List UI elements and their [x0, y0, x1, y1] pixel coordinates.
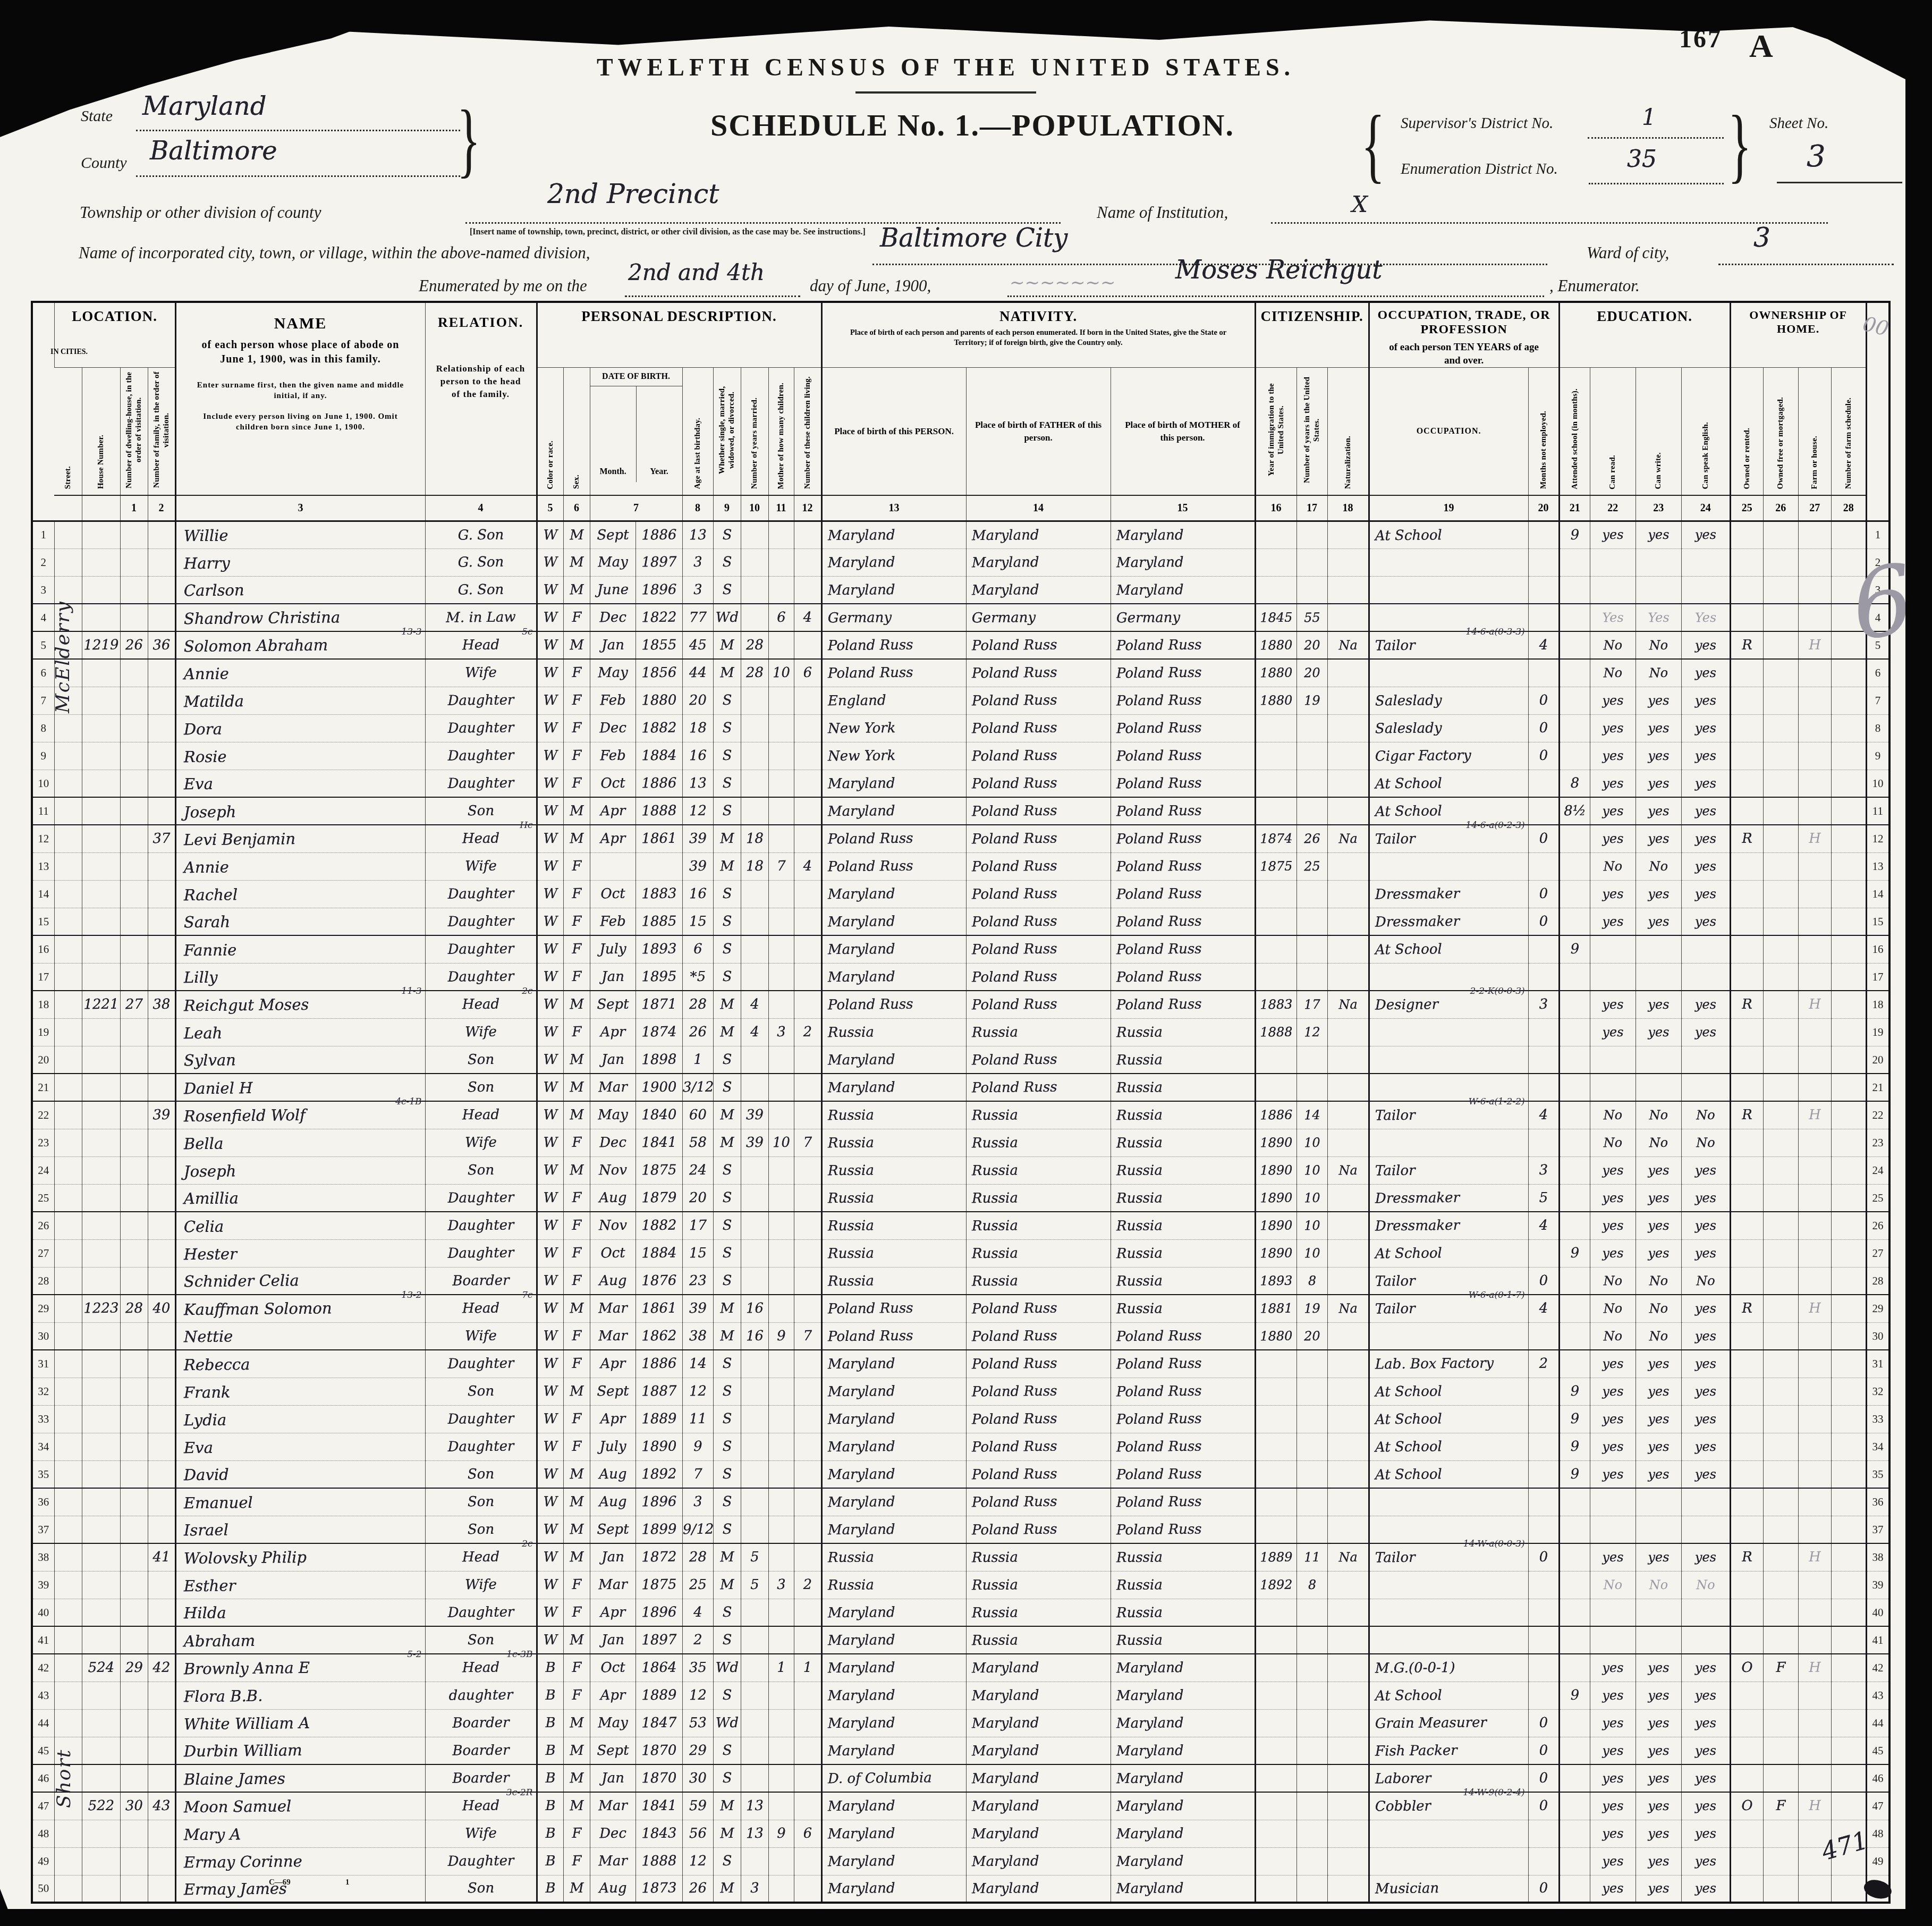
cell-street — [54, 1156, 82, 1184]
table-row: 14RachelDaughterWFOct188316SMarylandPola… — [32, 880, 1889, 908]
cell-wr: No — [1636, 631, 1681, 659]
cell-a: 53 — [682, 1709, 713, 1737]
cell-pb: Maryland — [821, 1737, 966, 1764]
cell-rel: Son — [425, 1074, 537, 1101]
cell-by: 1888 — [635, 1847, 682, 1875]
cell-oc: Dressmaker — [1369, 908, 1528, 935]
cell-pb: New York — [821, 742, 966, 770]
cell-mc — [768, 1875, 794, 1903]
table-row: 43Flora B.B.daughterBFApr188912SMaryland… — [32, 1682, 1889, 1709]
cell-f — [148, 714, 175, 742]
cell-en: yes — [1681, 1543, 1730, 1571]
enumerator-annotation: 14-W-9(0-2-4) — [1463, 1787, 1524, 1798]
cell-fr — [1763, 1018, 1798, 1046]
table-row: 20SylvanSonWMJan18981SMarylandPoland Rus… — [32, 1046, 1889, 1074]
cell-rd: yes — [1590, 991, 1636, 1018]
cell-a: 30 — [682, 1764, 713, 1792]
cell-c: W — [537, 521, 563, 548]
cell-cl — [794, 770, 821, 797]
cell-sc — [1559, 604, 1590, 631]
col-dwelling-number: Number of dwelling-house, in the order o… — [120, 368, 148, 496]
cell-fr — [1763, 852, 1798, 880]
cell-f — [148, 1267, 175, 1295]
cell-mc — [768, 1682, 794, 1709]
cell-rel: Daughter — [425, 770, 537, 797]
cell-en — [1681, 548, 1730, 576]
cell-c: W — [537, 659, 563, 687]
cell-by: 1883 — [635, 880, 682, 908]
cell-sc — [1559, 631, 1590, 659]
cell-oc: Cigar Factory — [1369, 742, 1528, 770]
cell-street — [54, 1074, 82, 1101]
cell-en: yes — [1681, 521, 1730, 548]
cell-oc: At School — [1369, 1460, 1528, 1488]
cell-fh: H — [1798, 1792, 1831, 1820]
cell-ym — [741, 1737, 768, 1764]
col-number: 13 — [821, 495, 966, 521]
cell-pf: Poland Russ — [966, 1460, 1111, 1488]
cell-street — [54, 1875, 82, 1903]
cell-street — [54, 1239, 82, 1267]
cell-oc — [1369, 1820, 1528, 1847]
cell-h — [82, 1543, 120, 1571]
cell-ym — [741, 1626, 768, 1654]
cell-mc — [768, 908, 794, 935]
cell-by: 1843 — [635, 1820, 682, 1847]
cell-h — [82, 714, 120, 742]
cell-wr: yes — [1636, 825, 1681, 852]
cell-rd: Yes — [1590, 604, 1636, 631]
cell-mu: 2 — [1528, 1350, 1559, 1378]
cell-en: yes — [1681, 880, 1730, 908]
table-row: 32FrankSonWMSept188712SMarylandPoland Ru… — [32, 1378, 1889, 1405]
cell-wr — [1636, 1488, 1681, 1516]
cell-fh — [1798, 770, 1831, 797]
table-row: 21Daniel HSonWMMar19003/12SMarylandPolan… — [32, 1074, 1889, 1101]
ward-value: 3 — [1753, 222, 1770, 253]
cell-wr: yes — [1636, 991, 1681, 1018]
cell-wr: yes — [1636, 770, 1681, 797]
table-row: 46Blaine JamesBoarderBMJan187030SD. of C… — [32, 1764, 1889, 1792]
cell-na — [1327, 1682, 1369, 1709]
cell-mu: 0 — [1528, 742, 1559, 770]
row-number-left: 42 — [32, 1654, 54, 1682]
cell-mc — [768, 1599, 794, 1626]
cell-oc — [1369, 1599, 1528, 1626]
form-code: C—69 — [269, 1878, 291, 1887]
cell-oc — [1369, 1847, 1528, 1875]
cell-c: W — [537, 631, 563, 659]
cell-street — [54, 1018, 82, 1046]
cell-pb: Poland Russ — [821, 1322, 966, 1350]
cell-h — [82, 548, 120, 576]
cell-rd: yes — [1590, 797, 1636, 825]
cell-rel: Head2c — [425, 1543, 537, 1571]
cell-d — [120, 963, 148, 991]
cell-na: Na — [1327, 631, 1369, 659]
cell-rel: Head3c-2R — [425, 1792, 537, 1820]
group-occupation: OCCUPATION, TRADE, OR PROFESSIONof each … — [1369, 302, 1559, 368]
cell-pb: Poland Russ — [821, 659, 966, 687]
cell-wr: yes — [1636, 1737, 1681, 1764]
cell-sc: 9 — [1559, 1239, 1590, 1267]
cell-pm: Poland Russ — [1111, 880, 1255, 908]
row-number-right: 36 — [1866, 1488, 1889, 1516]
cell-wr: No — [1636, 1101, 1681, 1129]
cell-fs — [1831, 687, 1866, 714]
row-number-left: 43 — [32, 1682, 54, 1709]
cell-sc: 9 — [1559, 1460, 1590, 1488]
cell-bm: Aug — [590, 1184, 635, 1212]
cell-m: S — [713, 548, 741, 576]
cell-bm: Dec — [590, 714, 635, 742]
cell-ow — [1730, 1682, 1763, 1709]
cell-h: 1221 — [82, 991, 120, 1018]
cell-iy: 1874 — [1255, 825, 1297, 852]
cell-rel: Daughter — [425, 1350, 537, 1378]
cell-rel: Boarder — [425, 1737, 537, 1764]
cell-m: Wd — [713, 604, 741, 631]
cell-en: yes — [1681, 742, 1730, 770]
cell-bm: Feb — [590, 908, 635, 935]
enumerator-annotation: 4c-1B — [395, 1096, 421, 1107]
cell-en: yes — [1681, 1350, 1730, 1378]
cell-yu: 20 — [1297, 1322, 1327, 1350]
cell-ym: 4 — [741, 991, 768, 1018]
cell-a: 9/12 — [682, 1516, 713, 1543]
cell-ow: R — [1730, 825, 1763, 852]
cell-s: F — [563, 1184, 590, 1212]
cell-h: 524 — [82, 1654, 120, 1682]
cell-fs — [1831, 714, 1866, 742]
cell-pb: D. of Columbia — [821, 1764, 966, 1792]
cell-f — [148, 1820, 175, 1847]
cell-pf: Germany — [966, 604, 1111, 631]
schedule-title: SCHEDULE No. 1.—POPULATION. — [574, 107, 1371, 143]
cell-wr: yes — [1636, 1847, 1681, 1875]
cell-h — [82, 908, 120, 935]
cell-ow — [1730, 659, 1763, 687]
cell-en: yes — [1681, 1764, 1730, 1792]
enumerated-suffix: , Enumerator. — [1549, 276, 1640, 295]
cell-s: F — [563, 1682, 590, 1709]
enumerator-annotation: Hc — [520, 820, 532, 831]
cell-mu — [1528, 1516, 1559, 1543]
row-number-right: 22 — [1866, 1101, 1889, 1129]
cell-a: 39 — [682, 852, 713, 880]
cell-ym — [741, 714, 768, 742]
cell-c: W — [537, 1516, 563, 1543]
cell-f — [148, 1212, 175, 1239]
cell-fs — [1831, 1488, 1866, 1516]
cell-pm: Poland Russ — [1111, 770, 1255, 797]
col-farm-schedule-number: Number of farm schedule. — [1831, 368, 1866, 496]
cell-c: W — [537, 604, 563, 631]
cell-ym — [741, 908, 768, 935]
row-number-left: 36 — [32, 1488, 54, 1516]
cell-mu: 0 — [1528, 1792, 1559, 1820]
cell-ym — [741, 1405, 768, 1433]
row-number-left: 17 — [32, 963, 54, 991]
cell-mu — [1528, 1488, 1559, 1516]
cell-nm: Ermay Corinne — [175, 1847, 425, 1875]
cell-m: S — [713, 1433, 741, 1460]
cell-ow — [1730, 521, 1763, 548]
cell-a: 28 — [682, 1543, 713, 1571]
cell-street — [54, 1433, 82, 1460]
cell-pf: Poland Russ — [966, 714, 1111, 742]
cell-bm: May — [590, 1101, 635, 1129]
cell-nm: Daniel H — [175, 1074, 425, 1101]
cell-s: M — [563, 631, 590, 659]
cell-c: B — [537, 1709, 563, 1737]
cell-nm: Harry — [175, 548, 425, 576]
cell-c: W — [537, 1101, 563, 1129]
cell-yu — [1297, 1378, 1327, 1405]
cell-a: 3/12 — [682, 1074, 713, 1101]
cell-cl — [794, 1378, 821, 1405]
cell-rd: yes — [1590, 714, 1636, 742]
cell-bm: Sept — [590, 991, 635, 1018]
cell-sc — [1559, 1847, 1590, 1875]
cell-pf: Russia — [966, 1267, 1111, 1295]
col-naturalization: Naturalization. — [1327, 368, 1369, 496]
cell-na — [1327, 1433, 1369, 1460]
cell-rd: yes — [1590, 1184, 1636, 1212]
cell-by: 1886 — [635, 770, 682, 797]
cell-s: M — [563, 797, 590, 825]
cell-wr: yes — [1636, 880, 1681, 908]
cell-c: W — [537, 797, 563, 825]
cell-pm: Maryland — [1111, 548, 1255, 576]
cell-a: 1 — [682, 1046, 713, 1074]
row-number-left: 28 — [32, 1267, 54, 1295]
cell-mc — [768, 1488, 794, 1516]
row-number-left: 45 — [32, 1737, 54, 1764]
cell-sc — [1559, 1074, 1590, 1101]
cell-pf: Poland Russ — [966, 935, 1111, 963]
cell-f — [148, 1626, 175, 1654]
cell-by: 1855 — [635, 631, 682, 659]
cell-by: 1897 — [635, 548, 682, 576]
cell-wr: No — [1636, 1129, 1681, 1156]
cell-by: 1890 — [635, 1433, 682, 1460]
cell-na — [1327, 1847, 1369, 1875]
cell-h — [82, 935, 120, 963]
cell-m: S — [713, 1267, 741, 1295]
cell-h — [82, 1682, 120, 1709]
cell-mu — [1528, 604, 1559, 631]
cell-na — [1327, 1571, 1369, 1599]
table-row: 9RosieDaughterWFFeb188416SNew YorkPoland… — [32, 742, 1889, 770]
cell-na — [1327, 1018, 1369, 1046]
cell-fh — [1798, 1488, 1831, 1516]
cell-s: M — [563, 1460, 590, 1488]
cell-pm: Poland Russ — [1111, 714, 1255, 742]
cell-wr: yes — [1636, 1350, 1681, 1378]
cell-h — [82, 1460, 120, 1488]
cell-ow — [1730, 1847, 1763, 1875]
cell-c: W — [537, 1571, 563, 1599]
row-number-left: 12 — [32, 825, 54, 852]
cell-oc — [1369, 1018, 1528, 1046]
cell-d — [120, 687, 148, 714]
cell-fh — [1798, 1682, 1831, 1709]
cell-m: S — [713, 1737, 741, 1764]
cell-iy — [1255, 1847, 1297, 1875]
cell-a: 18 — [682, 714, 713, 742]
cell-street — [54, 852, 82, 880]
cell-sc — [1559, 687, 1590, 714]
row-number-left: 13 — [32, 852, 54, 880]
cell-rel: Boarder — [425, 1267, 537, 1295]
cell-pm: Poland Russ — [1111, 687, 1255, 714]
cell-ym — [741, 797, 768, 825]
cell-pb: Maryland — [821, 963, 966, 991]
cell-pm: Russia — [1111, 1543, 1255, 1571]
cell-wr: yes — [1636, 1709, 1681, 1737]
row-number-left: 21 — [32, 1074, 54, 1101]
cell-fr — [1763, 1543, 1798, 1571]
cell-s: M — [563, 1074, 590, 1101]
cell-a: 60 — [682, 1101, 713, 1129]
cell-pb: Maryland — [821, 880, 966, 908]
row-number-right: 38 — [1866, 1543, 1889, 1571]
cell-en — [1681, 935, 1730, 963]
cell-rel: Wife — [425, 1322, 537, 1350]
cell-mc: 9 — [768, 1322, 794, 1350]
cell-c: W — [537, 1129, 563, 1156]
row-number-left: 3 — [32, 576, 54, 604]
cell-f — [148, 1184, 175, 1212]
cell-street — [54, 1488, 82, 1516]
col-years-in-us: Number of years in the United States. — [1297, 368, 1327, 496]
cell-a: 38 — [682, 1322, 713, 1350]
cell-a: 39 — [682, 1295, 713, 1322]
cell-pb: Maryland — [821, 1074, 966, 1101]
cell-fr — [1763, 521, 1798, 548]
cell-en — [1681, 1046, 1730, 1074]
cell-s: F — [563, 1654, 590, 1682]
table-row: 1812212738Reichgut Moses11-3Head2cWMSept… — [32, 991, 1889, 1018]
cell-iy — [1255, 548, 1297, 576]
cell-mc — [768, 1350, 794, 1378]
cell-fs — [1831, 770, 1866, 797]
cell-mc — [768, 1239, 794, 1267]
cell-pb: Russia — [821, 1267, 966, 1295]
cell-en: yes — [1681, 1654, 1730, 1682]
cell-ow — [1730, 1405, 1763, 1433]
cell-rel: Head5c — [425, 631, 537, 659]
cell-street — [54, 1571, 82, 1599]
cell-mu — [1528, 1682, 1559, 1709]
cell-yu: 10 — [1297, 1184, 1327, 1212]
cell-street — [54, 991, 82, 1018]
col-house-number: House Number. — [82, 368, 120, 496]
cell-bm: Aug — [590, 1875, 635, 1903]
cell-rel: Son — [425, 1516, 537, 1543]
cell-h — [82, 1737, 120, 1764]
cell-bm: Jan — [590, 963, 635, 991]
cell-nm: Shandrow Christina — [175, 604, 425, 631]
cell-fs — [1831, 1378, 1866, 1405]
col-number: 24 — [1681, 495, 1730, 521]
cell-iy — [1255, 1460, 1297, 1488]
cell-iy: 1845 — [1255, 604, 1297, 631]
cell-nm: Annie — [175, 852, 425, 880]
cell-cl — [794, 825, 821, 852]
cell-h — [82, 1405, 120, 1433]
cell-en: yes — [1681, 1792, 1730, 1820]
cell-f — [148, 935, 175, 963]
cell-yu — [1297, 1764, 1327, 1792]
cell-pb: Russia — [821, 1129, 966, 1156]
cell-iy: 1875 — [1255, 852, 1297, 880]
cell-ow — [1730, 1239, 1763, 1267]
cell-m: M — [713, 1543, 741, 1571]
cell-c: W — [537, 1405, 563, 1433]
cell-bm: Apr — [590, 797, 635, 825]
cell-fr — [1763, 1599, 1798, 1626]
cell-mc — [768, 1378, 794, 1405]
cell-m: S — [713, 1847, 741, 1875]
cell-cl — [794, 742, 821, 770]
cell-rel: G. Son — [425, 548, 537, 576]
cell-a: 77 — [682, 604, 713, 631]
cell-d — [120, 1460, 148, 1488]
row-number-right: 33 — [1866, 1405, 1889, 1433]
cell-cl — [794, 631, 821, 659]
cell-ym — [741, 1212, 768, 1239]
cell-m: S — [713, 1378, 741, 1405]
cell-yu — [1297, 880, 1327, 908]
sheet-line — [1777, 182, 1902, 183]
cell-iy — [1255, 908, 1297, 935]
cell-fr — [1763, 1156, 1798, 1184]
row-number-right: 10 — [1866, 770, 1889, 797]
col-number — [82, 495, 120, 521]
cell-cl — [794, 1212, 821, 1239]
cell-pf: Poland Russ — [966, 1488, 1111, 1516]
cell-pm: Poland Russ — [1111, 742, 1255, 770]
cell-na — [1327, 1516, 1369, 1543]
col-number: 28 — [1831, 495, 1866, 521]
cell-a: 26 — [682, 1018, 713, 1046]
cell-cl — [794, 1847, 821, 1875]
cell-mu: 0 — [1528, 1543, 1559, 1571]
cell-fh — [1798, 1184, 1831, 1212]
cell-s: M — [563, 1875, 590, 1903]
row-number-left: 2 — [32, 548, 54, 576]
cell-nm: Israel — [175, 1516, 425, 1543]
cell-sc — [1559, 1654, 1590, 1682]
cell-en — [1681, 963, 1730, 991]
cell-d — [120, 1543, 148, 1571]
cell-mu — [1528, 1433, 1559, 1460]
cell-by: 1856 — [635, 659, 682, 687]
cell-nm: Schnider Celia — [175, 1267, 425, 1295]
table-row: 30NettieWifeWFMar186238M1697Poland RussP… — [32, 1322, 1889, 1350]
cell-c: W — [537, 1295, 563, 1322]
cell-pf: Maryland — [966, 576, 1111, 604]
cell-by: 1876 — [635, 1267, 682, 1295]
cell-pb: Russia — [821, 1156, 966, 1184]
cell-en: yes — [1681, 1405, 1730, 1433]
col-number: 17 — [1297, 495, 1327, 521]
cell-ym — [741, 963, 768, 991]
cell-sc — [1559, 576, 1590, 604]
cell-fs — [1831, 1571, 1866, 1599]
